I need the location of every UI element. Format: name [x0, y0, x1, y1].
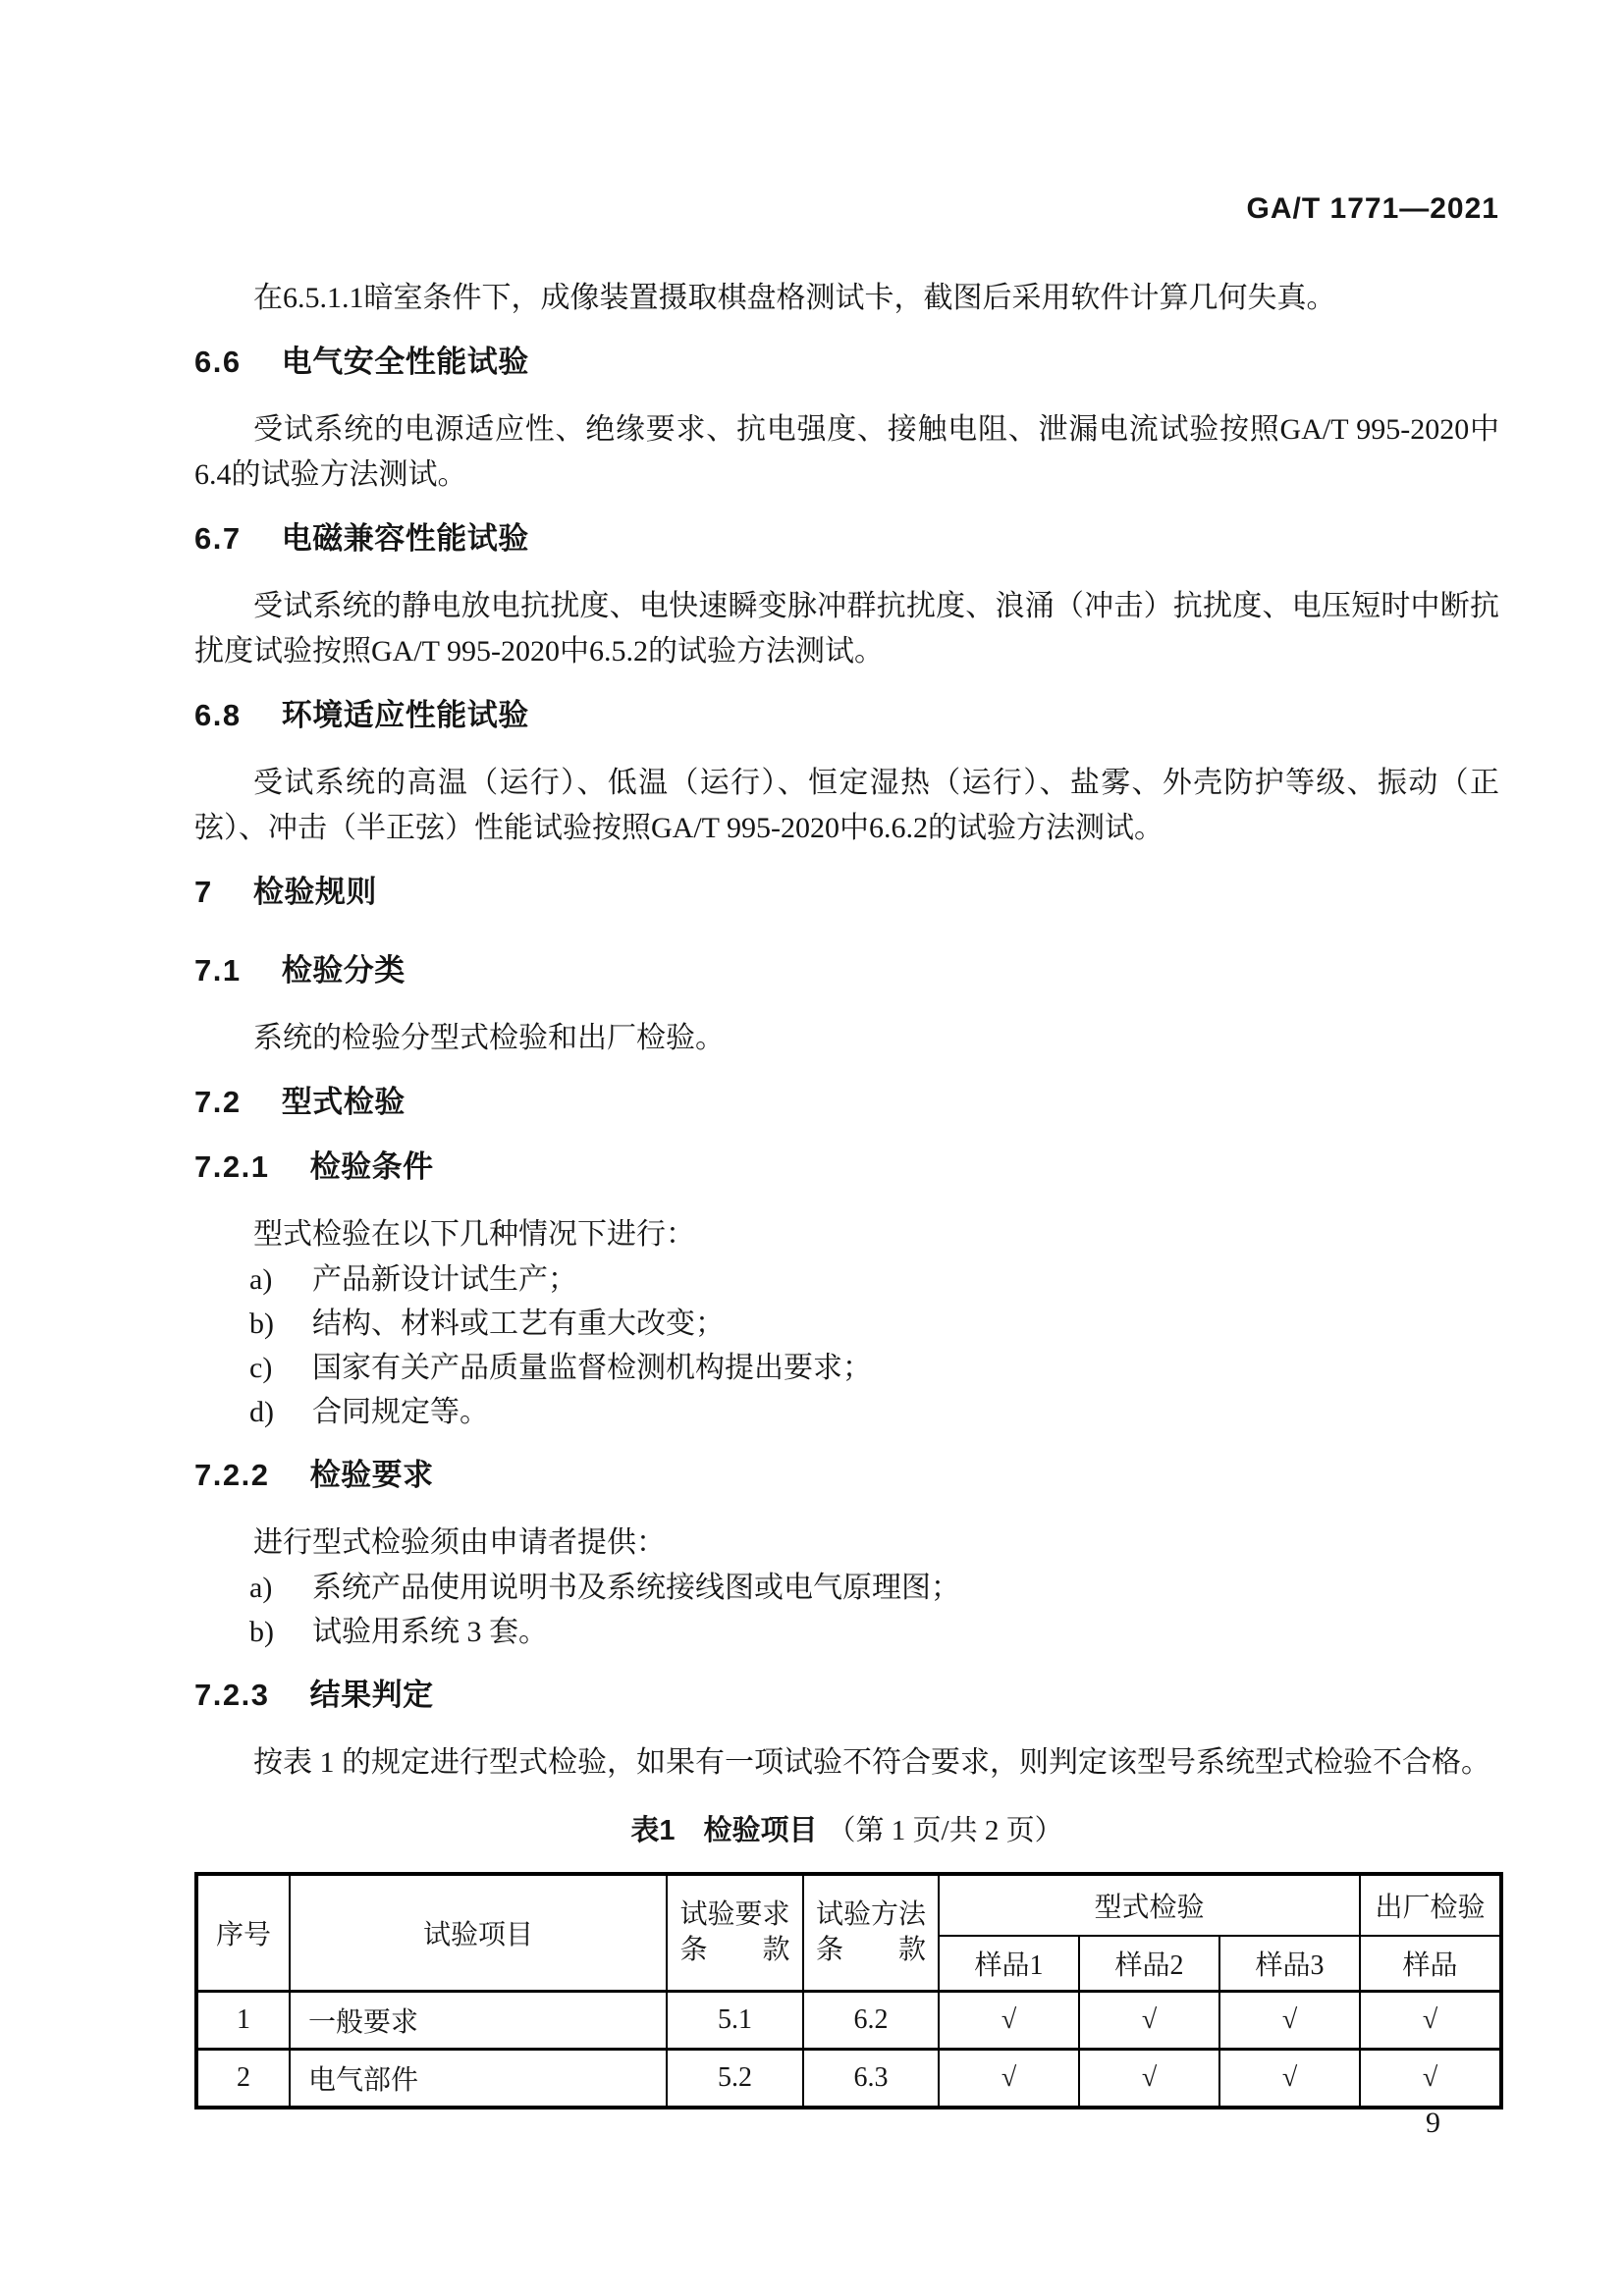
- list-item: c)国家有关产品质量监督检测机构提出要求；: [194, 1346, 1499, 1390]
- section-number: 7.1: [194, 953, 242, 988]
- paragraph-6-8: 受试系统的高温（运行）、低温（运行）、恒定湿热（运行）、盐雾、外壳防护等级、振动…: [194, 761, 1499, 851]
- table-title-label: 表1 检验项目: [630, 1815, 817, 1846]
- section-title: 结果判定: [310, 1678, 434, 1712]
- cell-method-clause: 6.2: [803, 1992, 939, 2050]
- cell-seq: 2: [196, 2050, 290, 2109]
- sub-header-factory-sample: 样品: [1360, 1936, 1501, 1992]
- list-text: 国家有关产品质量监督检测机构提出要求；: [312, 1352, 872, 1384]
- section-title: 环境适应性能试验: [282, 698, 529, 732]
- chapter-title: 检验规则: [253, 875, 377, 909]
- section-heading-7-1: 7.1 检验分类: [194, 951, 1499, 990]
- section-number: 7.2: [194, 1085, 242, 1119]
- cell-factory-check: √: [1360, 1992, 1501, 2050]
- cell-sample2-check: √: [1079, 2050, 1219, 2109]
- table-row: 2 电气部件 5.2 6.3 √ √ √ √: [196, 2050, 1501, 2109]
- list-text: 系统产品使用说明书及系统接线图或电气原理图；: [312, 1572, 960, 1604]
- table-row: 1 一般要求 5.1 6.2 √ √ √ √: [196, 1992, 1501, 2050]
- list-text: 产品新设计试生产；: [312, 1263, 577, 1296]
- section-title: 电气安全性能试验: [282, 345, 529, 379]
- table-title-note: （第 1 页/共 2 页）: [828, 1815, 1063, 1846]
- sub-header-sample1: 样品1: [939, 1936, 1079, 1992]
- inspection-items-table: 序号 试验项目 试验要求 条 款 试验方法 条 款 型式检验 出厂检验 样品1 …: [194, 1872, 1503, 2109]
- list-marker: a): [249, 1257, 312, 1302]
- sub-header-sample2: 样品2: [1079, 1936, 1219, 1992]
- paragraph-7-2-3: 按表 1 的规定进行型式检验，如果有一项试验不符合要求，则判定该型号系统型式检验…: [194, 1740, 1499, 1786]
- col-header-requirement: 试验要求 条 款: [667, 1874, 803, 1992]
- paragraph-7-1: 系统的检验分型式检验和出厂检验。: [194, 1016, 1499, 1061]
- section-heading-7-2-2: 7.2.2 检验要求: [194, 1456, 1499, 1495]
- cell-sample1-check: √: [939, 1992, 1079, 2050]
- cell-factory-check: √: [1360, 2050, 1501, 2109]
- cell-requirement-clause: 5.1: [667, 1992, 803, 2050]
- cell-sample3-check: √: [1219, 1992, 1360, 2050]
- list-item: a)产品新设计试生产；: [194, 1257, 1499, 1302]
- chapter-number: 7: [194, 875, 213, 909]
- list-text: 合同规定等。: [312, 1396, 489, 1428]
- section-title: 检验要求: [310, 1458, 434, 1492]
- cell-item: 电气部件: [290, 2050, 667, 2109]
- col-header-method-line2: 条 款: [804, 1933, 938, 1968]
- cell-seq: 1: [196, 1992, 290, 2050]
- group-header-factory-inspection: 出厂检验: [1360, 1874, 1501, 1936]
- standard-code-header: GA/T 1771—2021: [194, 191, 1499, 227]
- list-marker: a): [249, 1566, 312, 1610]
- col-header-seq: 序号: [196, 1874, 290, 1992]
- list-marker: d): [249, 1390, 312, 1434]
- list-item: b)试验用系统 3 套。: [194, 1610, 1499, 1654]
- section-title: 电磁兼容性能试验: [282, 521, 529, 556]
- page-number: 9: [1426, 2107, 1440, 2140]
- section-heading-7-2-3: 7.2.3 结果判定: [194, 1676, 1499, 1715]
- section-heading-7-2: 7.2 型式检验: [194, 1083, 1499, 1122]
- col-header-method-line1: 试验方法: [804, 1897, 938, 1933]
- paragraph-6-5-tail: 在6.5.1.1暗室条件下，成像装置摄取棋盘格测试卡，截图后采用软件计算几何失真…: [194, 276, 1499, 321]
- document-page: GA/T 1771—2021 在6.5.1.1暗室条件下，成像装置摄取棋盘格测试…: [0, 0, 1624, 2296]
- list-marker: c): [249, 1346, 312, 1390]
- list-marker: b): [249, 1302, 312, 1346]
- sub-header-sample3: 样品3: [1219, 1936, 1360, 1992]
- section-heading-6-7: 6.7 电磁兼容性能试验: [194, 519, 1499, 559]
- paragraph-6-7: 受试系统的静电放电抗扰度、电快速瞬变脉冲群抗扰度、浪涌（冲击）抗扰度、电压短时中…: [194, 584, 1499, 674]
- section-number: 7.2.2: [194, 1458, 269, 1492]
- section-title: 检验条件: [310, 1149, 434, 1184]
- list-item: a)系统产品使用说明书及系统接线图或电气原理图；: [194, 1566, 1499, 1610]
- group-header-type-inspection: 型式检验: [939, 1874, 1360, 1936]
- cell-requirement-clause: 5.2: [667, 2050, 803, 2109]
- cell-sample3-check: √: [1219, 2050, 1360, 2109]
- section-number: 7.2.1: [194, 1149, 269, 1184]
- table-title: 表1 检验项目（第 1 页/共 2 页）: [194, 1811, 1499, 1850]
- paragraph-6-6: 受试系统的电源适应性、绝缘要求、抗电强度、接触电阻、泄漏电流试验按照GA/T 9…: [194, 407, 1499, 498]
- section-heading-6-8: 6.8 环境适应性能试验: [194, 696, 1499, 735]
- list-item: b)结构、材料或工艺有重大改变；: [194, 1302, 1499, 1346]
- section-number: 7.2.3: [194, 1678, 269, 1712]
- col-header-requirement-line1: 试验要求: [668, 1897, 802, 1933]
- section-title: 型式检验: [282, 1085, 406, 1119]
- section-number: 6.8: [194, 698, 242, 732]
- list-7-2-1: a)产品新设计试生产； b)结构、材料或工艺有重大改变； c)国家有关产品质量监…: [194, 1257, 1499, 1434]
- cell-sample2-check: √: [1079, 1992, 1219, 2050]
- list-text: 试验用系统 3 套。: [312, 1616, 548, 1648]
- section-number: 6.6: [194, 345, 242, 379]
- list-item: d)合同规定等。: [194, 1390, 1499, 1434]
- paragraph-7-2-2-intro: 进行型式检验须由申请者提供：: [194, 1521, 1499, 1566]
- list-text: 结构、材料或工艺有重大改变；: [312, 1308, 725, 1340]
- cell-sample1-check: √: [939, 2050, 1079, 2109]
- section-heading-6-6: 6.6 电气安全性能试验: [194, 343, 1499, 382]
- list-7-2-2: a)系统产品使用说明书及系统接线图或电气原理图； b)试验用系统 3 套。: [194, 1566, 1499, 1654]
- section-number: 6.7: [194, 521, 242, 556]
- section-title: 检验分类: [282, 953, 406, 988]
- col-header-item: 试验项目: [290, 1874, 667, 1992]
- col-header-requirement-line2: 条 款: [668, 1933, 802, 1968]
- cell-method-clause: 6.3: [803, 2050, 939, 2109]
- paragraph-7-2-1-intro: 型式检验在以下几种情况下进行：: [194, 1212, 1499, 1257]
- chapter-heading-7: 7 检验规则: [194, 873, 1499, 912]
- col-header-method: 试验方法 条 款: [803, 1874, 939, 1992]
- cell-item: 一般要求: [290, 1992, 667, 2050]
- list-marker: b): [249, 1610, 312, 1654]
- section-heading-7-2-1: 7.2.1 检验条件: [194, 1148, 1499, 1187]
